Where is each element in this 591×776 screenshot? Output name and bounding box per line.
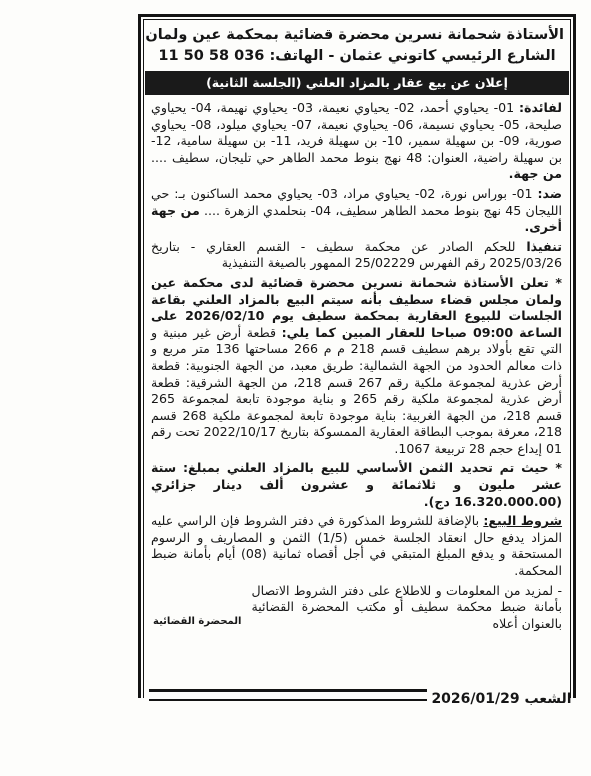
conditions-paragraph: شروط البيع: بالإضافة للشروط المذكورة في … — [151, 513, 562, 579]
document-frame: الأستاذة شحمانة نسرين محضرة قضائية بمحكم… — [138, 14, 576, 698]
beneficiary-names: 01- يحياوي أحمد، 02- يحياوي نعيمة، 03- ي… — [151, 100, 562, 165]
beneficiary-label: لفائدة: — [519, 100, 562, 115]
auction-banner: إعلان عن بيع عقار بالمزاد العلني (الجلسة… — [145, 71, 569, 95]
notice-header: الأستاذة شحمانة نسرين محضرة قضائية بمحكم… — [144, 20, 570, 69]
bailiff-name-line: الأستاذة شحمانة نسرين محضرة قضائية بمحكم… — [150, 25, 564, 46]
announcement-paragraph: * تعلن الأستاذة شحمانة نسرين محضرة قضائي… — [151, 275, 562, 458]
against-paragraph: ضد: 01- بوراس نورة، 02- يحياوي مراد، 03-… — [151, 186, 562, 236]
footer-leader-line — [149, 689, 428, 701]
against-label: ضد: — [538, 186, 562, 201]
bailiff-signature: المحضرة القضائية — [151, 614, 251, 633]
publication-footer: الشعب 2026/01/29 — [143, 680, 572, 710]
footer-text: الشعب 2026/01/29 — [427, 691, 571, 707]
document-frame-inner: الأستاذة شحمانة نسرين محضرة قضائية بمحكم… — [143, 19, 571, 698]
price-paragraph: * حيث تم تحديد الثمن الأساسي للبيع بالمز… — [151, 460, 562, 510]
publication-date: 2026/01/29 — [431, 691, 519, 707]
more-info-row: - لمزيد من المعلومات و للاطلاع على دفتر … — [151, 583, 562, 633]
scanned-page: الأستاذة شحمانة نسرين محضرة قضائية بمحكم… — [0, 0, 591, 776]
beneficiary-paragraph: لفائدة: 01- يحياوي أحمد، 02- يحياوي نعيم… — [151, 100, 562, 183]
against-names: 01- بوراس نورة، 02- يحياوي مراد، 03- يحي… — [151, 186, 562, 218]
conditions-label: شروط البيع: — [483, 513, 562, 528]
newspaper-name: الشعب — [524, 691, 571, 707]
execution-text: للحكم الصادر عن محكمة سطيف - القسم العقا… — [151, 239, 562, 271]
property-description: قطعة أرض غير مبنية و التي تقع بأولاد بره… — [151, 325, 562, 456]
execution-lead: تنفيذا — [526, 239, 562, 254]
execution-paragraph: تنفيذا للحكم الصادر عن محكمة سطيف - القس… — [151, 239, 562, 272]
more-info-paragraph: - لمزيد من المعلومات و للاطلاع على دفتر … — [251, 583, 562, 633]
beneficiary-suffix: من جهة. — [509, 166, 562, 181]
notice-body: لفائدة: 01- يحياوي أحمد، 02- يحياوي نعيم… — [144, 98, 570, 680]
address-phone-line: الشارع الرئيسي كاتوني عثمان - الهاتف: 03… — [150, 46, 564, 67]
